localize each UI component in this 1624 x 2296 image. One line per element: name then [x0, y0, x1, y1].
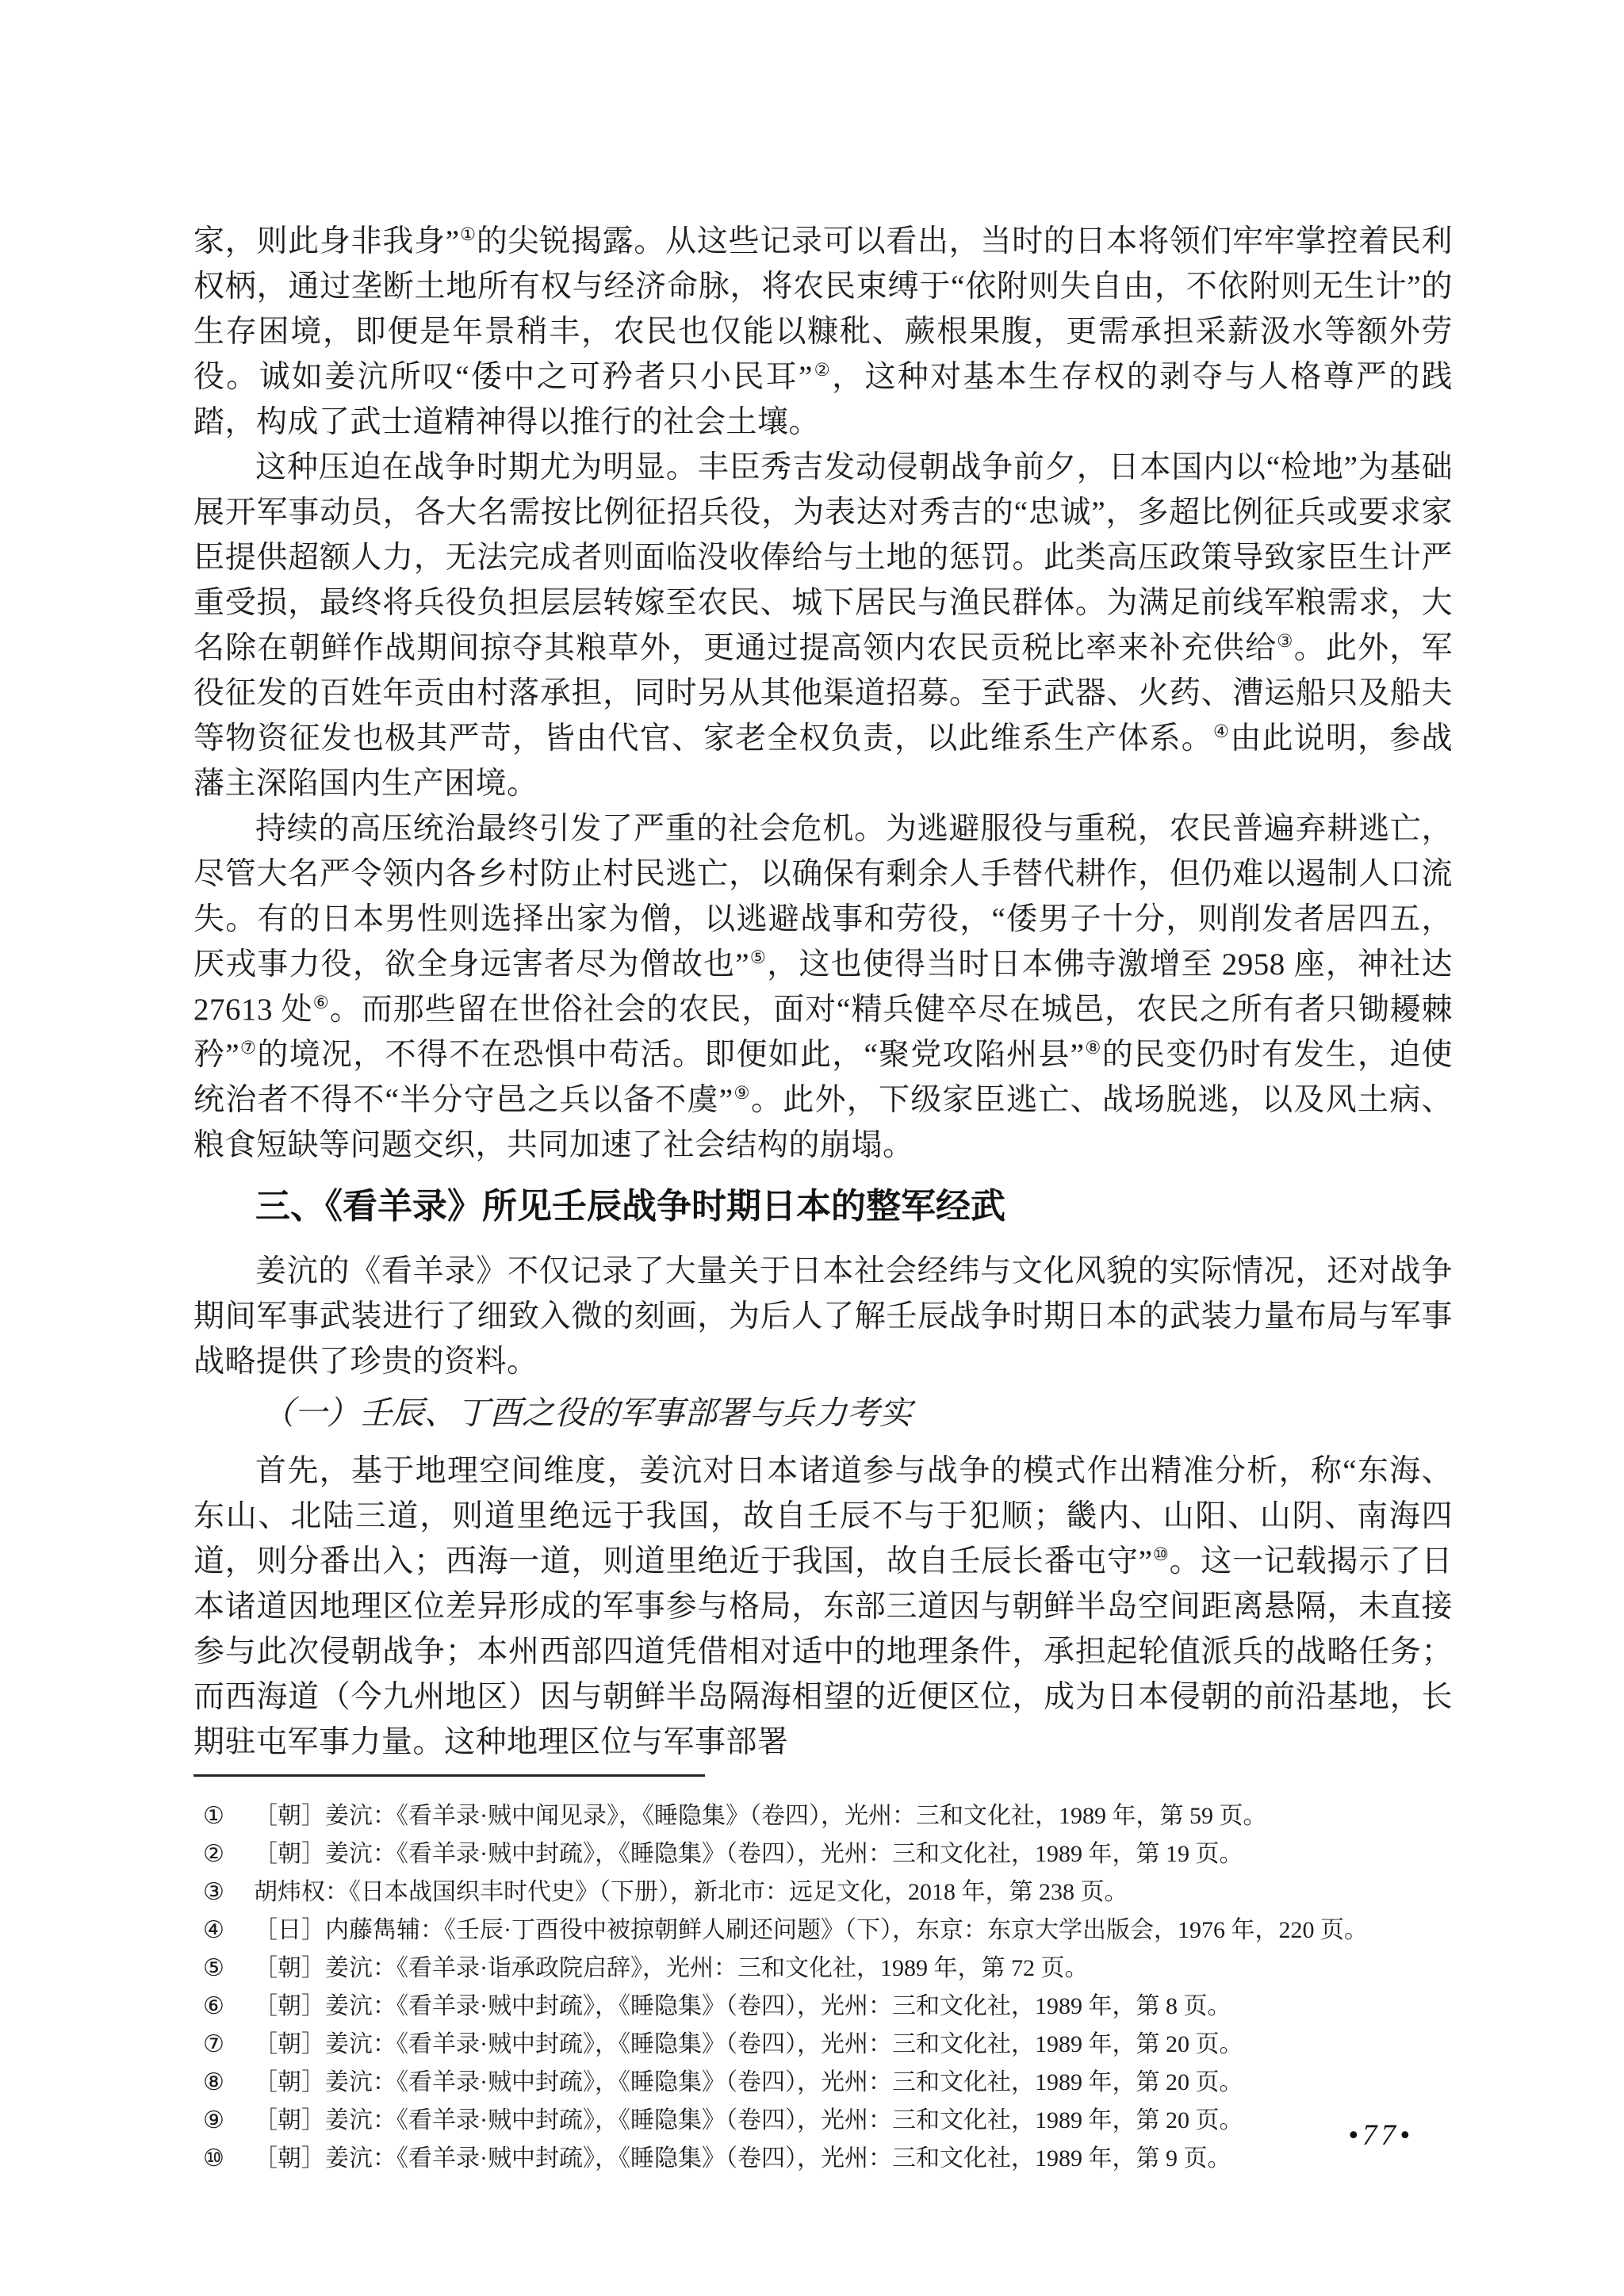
footnote-item: ⑧ ［朝］姜沆：《看羊录·贼中封疏》，《睡隐集》（卷四），光州：三和文化社，19… [203, 2064, 1453, 2102]
paragraph: 首先，基于地理空间维度，姜沆对日本诸道参与战争的模式作出精准分析，称“东海、东山… [193, 1448, 1453, 1765]
footnote-text: ［朝］姜沆：《看羊录·贼中封疏》，《睡隐集》（卷四），光州：三和文化社，1989… [254, 2102, 1453, 2140]
footnote-item: ⑥ ［朝］姜沆：《看羊录·贼中封疏》，《睡隐集》（卷四），光州：三和文化社，19… [203, 1988, 1453, 2026]
footnote-marker: ① [203, 1797, 254, 1835]
footnote-ref: ④ [1213, 721, 1230, 741]
footnote-ref: ⑩ [1152, 1544, 1169, 1564]
footnote-ref: ⑧ [1084, 1038, 1101, 1058]
footnote-text: ［朝］姜沆：《看羊录·贼中封疏》，《睡隐集》（卷四），光州：三和文化社，1989… [254, 2140, 1453, 2178]
footnote-ref: ① [460, 224, 477, 244]
footnote-ref: ⑤ [749, 947, 767, 967]
footnote-marker: ⑨ [203, 2102, 254, 2140]
footnote-item: ④ ［日］内藤雋辅：《壬辰·丁酉役中被掠朝鲜人刷还问题》（下），东京：东京大学出… [203, 1911, 1453, 1950]
paragraph-continuation: 家，则此身非我身”①的尖锐揭露。从这些记录可以看出，当时的日本将领们牢牢掌控着民… [193, 219, 1453, 445]
footnote-item: ⑤ ［朝］姜沆：《看羊录·诣承政院启辞》，光州：三和文化社，1989 年，第 7… [203, 1950, 1453, 1988]
footnote-marker: ⑧ [203, 2064, 254, 2102]
paragraph: 持续的高压统治最终引发了严重的社会危机。为逃避服役与重税，农民普遍弃耕逃亡，尽管… [193, 806, 1453, 1168]
footnote-marker: ⑩ [203, 2140, 254, 2178]
page-number: •77• [1348, 2118, 1414, 2152]
footnote-text: ［朝］姜沆：《看羊录·诣承政院启辞》，光州：三和文化社，1989 年，第 72 … [254, 1950, 1453, 1988]
footnote-marker: ③ [203, 1873, 254, 1911]
footnote-item: ⑨ ［朝］姜沆：《看羊录·贼中封疏》，《睡隐集》（卷四），光州：三和文化社，19… [203, 2102, 1453, 2140]
footnote-ref: ③ [1277, 631, 1293, 651]
footnote-item: ⑦ ［朝］姜沆：《看羊录·贼中封疏》，《睡隐集》（卷四），光州：三和文化社，19… [203, 2026, 1453, 2064]
footnote-item: ① ［朝］姜沆：《看羊录·贼中闻见录》，《睡隐集》（卷四），光州：三和文化社，1… [203, 1797, 1453, 1835]
paper-page: 家，则此身非我身”①的尖锐揭露。从这些记录可以看出，当时的日本将领们牢牢掌控着民… [0, 0, 1624, 2296]
paragraph: 这种压迫在战争时期尤为明显。丰臣秀吉发动侵朝战争前夕，日本国内以“检地”为基础展… [193, 445, 1453, 806]
subsection-heading: （一）壬辰、丁酉之役的军事部署与兵力考实 [193, 1391, 1453, 1436]
footnote-text: ［朝］姜沆：《看羊录·贼中闻见录》，《睡隐集》（卷四），光州：三和文化社，198… [254, 1797, 1453, 1835]
footnote-item: ③ 胡炜权：《日本战国织丰时代史》（下册），新北市：远足文化，2018 年，第 … [203, 1873, 1453, 1911]
footnote-text: ［朝］姜沆：《看羊录·贼中封疏》，《睡隐集》（卷四），光州：三和文化社，1989… [254, 1835, 1453, 1873]
footnote-item: ② ［朝］姜沆：《看羊录·贼中封疏》，《睡隐集》（卷四），光州：三和文化社，19… [203, 1835, 1453, 1873]
footnote-text: ［朝］姜沆：《看羊录·贼中封疏》，《睡隐集》（卷四），光州：三和文化社，1989… [254, 1988, 1453, 2026]
footnote-marker: ④ [203, 1911, 254, 1950]
footnote-ref: ⑦ [239, 1038, 257, 1058]
footnote-marker: ⑤ [203, 1950, 254, 1988]
footnote-ref: ② [813, 360, 832, 380]
paragraph: 姜沆的《看羊录》不仅记录了大量关于日本社会经纬与文化风貌的实际情况，还对战争期间… [193, 1249, 1453, 1384]
footnote-marker: ⑦ [203, 2026, 254, 2064]
footnote-text: ［朝］姜沆：《看羊录·贼中封疏》，《睡隐集》（卷四），光州：三和文化社，1989… [254, 2064, 1453, 2102]
section-heading: 三、《看羊录》所见壬辰战争时期日本的整军经武 [193, 1179, 1453, 1234]
footnote-text: ［日］内藤雋辅：《壬辰·丁酉役中被掠朝鲜人刷还问题》（下），东京：东京大学出版会… [254, 1911, 1453, 1950]
footnote-ref: ⑨ [733, 1083, 751, 1103]
footnote-item: ⑩ ［朝］姜沆：《看羊录·贼中封疏》，《睡隐集》（卷四），光州：三和文化社，19… [203, 2140, 1453, 2178]
footnote-text: 胡炜权：《日本战国织丰时代史》（下册），新北市：远足文化，2018 年，第 23… [254, 1873, 1453, 1911]
footnote-list: ① ［朝］姜沆：《看羊录·贼中闻见录》，《睡隐集》（卷四），光州：三和文化社，1… [193, 1797, 1453, 2178]
footnote-marker: ⑥ [203, 1988, 254, 2026]
footnote-separator [193, 1774, 705, 1777]
text-column: 家，则此身非我身”①的尖锐揭露。从这些记录可以看出，当时的日本将领们牢牢掌控着民… [193, 219, 1453, 2178]
footnote-marker: ② [203, 1835, 254, 1873]
footnote-ref: ⑥ [313, 993, 330, 1012]
footnote-text: ［朝］姜沆：《看羊录·贼中封疏》，《睡隐集》（卷四），光州：三和文化社，1989… [254, 2026, 1453, 2064]
